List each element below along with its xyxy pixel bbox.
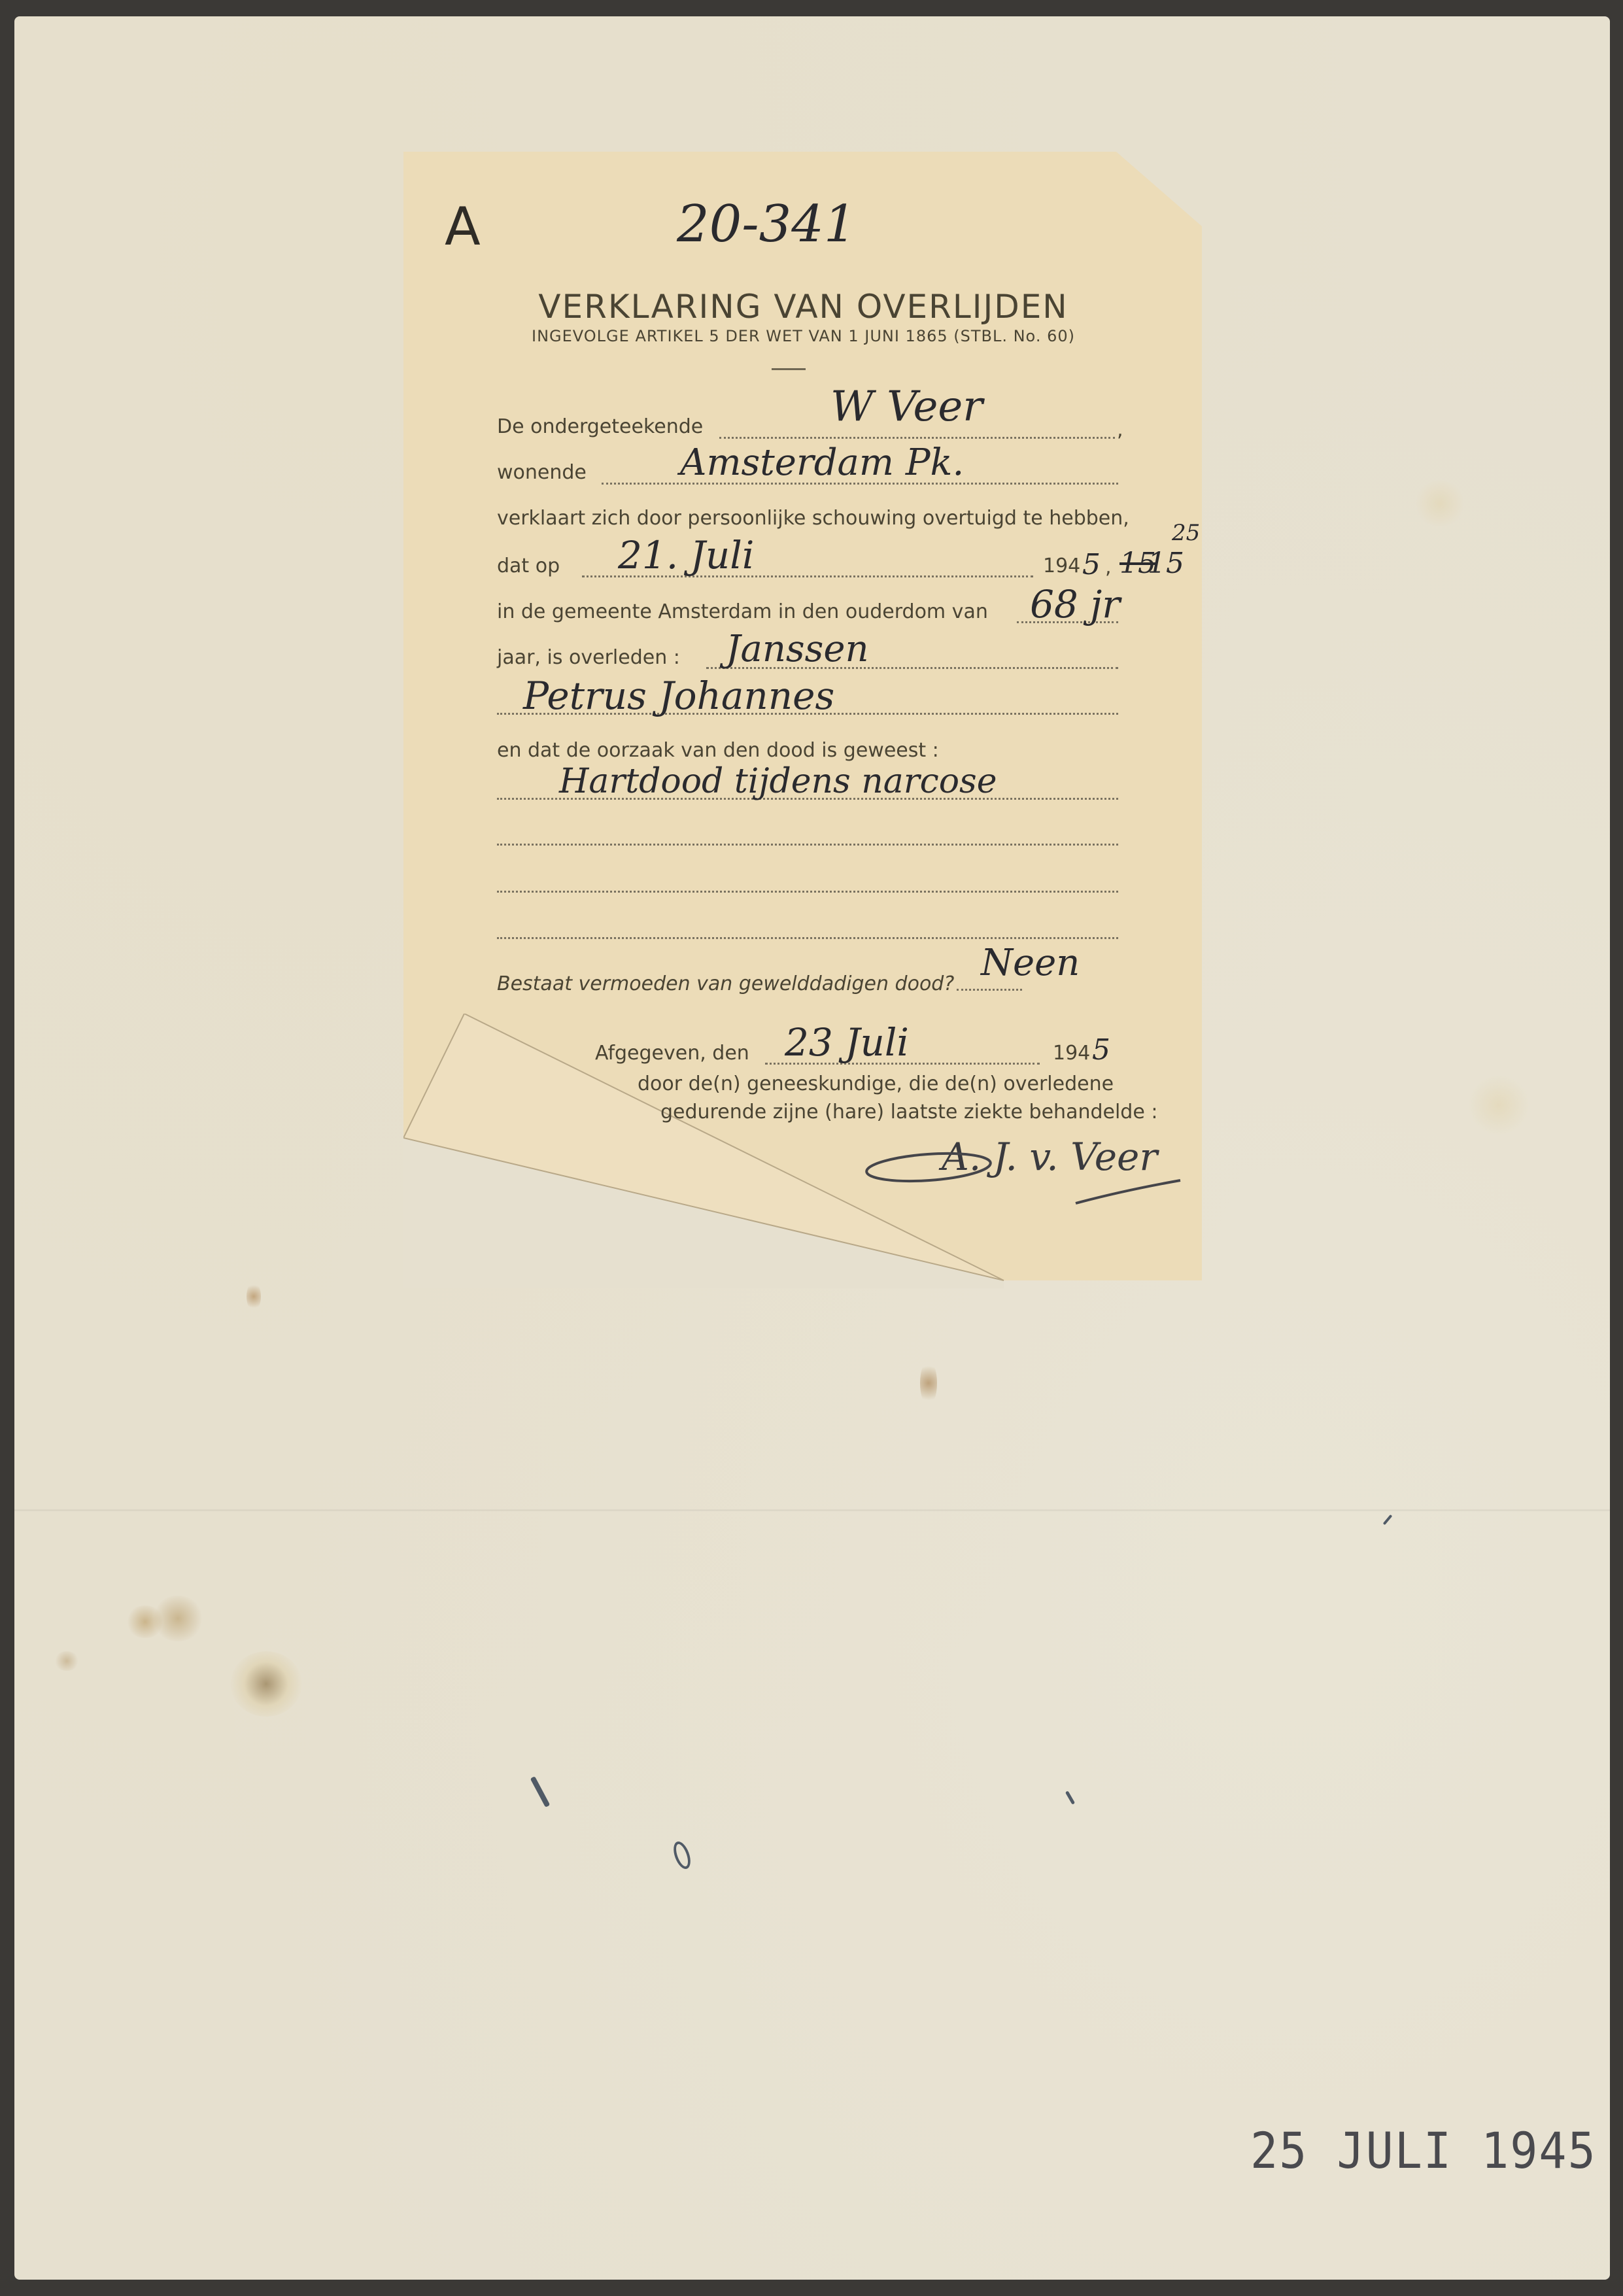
deceased-label: jaar, is overleden : [497,646,680,669]
year-handwritten: 5 [1082,548,1101,581]
year-printed: 194 [1043,555,1080,577]
physician-line-1: door de(n) geneeskundige, die de(n) over… [638,1072,1114,1095]
physician-line-2: gedurende zijne (hare) laatste ziekte be… [660,1101,1157,1123]
fold-crease [14,1509,1610,1511]
comma: , [1117,419,1123,441]
residing-value: Amsterdam Pk. [680,441,964,484]
ink-mark [1383,1515,1393,1525]
undersigned-value: W Veer [830,383,983,431]
issued-year-handwritten: 5 [1092,1033,1110,1067]
date-value: 21. Juli [618,533,754,577]
signature-flourish [850,1131,1190,1229]
declaration-text: verklaart zich door persoonlijke schouwi… [497,507,1129,530]
issued-label: Afgegeven, den [595,1042,749,1065]
title-divider [772,368,806,370]
foxing-stain [230,1651,302,1717]
issued-date-value: 23 Juli [785,1020,909,1065]
cause-value: Hartdood tijdens narcose [559,762,997,801]
violence-question: Bestaat vermoeden van gewelddadigen dood… [497,972,954,995]
undersigned-label: De ondergeteekende [497,415,703,438]
registration-number: 20-341 [677,195,857,254]
time-value: 15 [1148,547,1184,580]
time-correction: 25 [1172,520,1200,546]
ink-mark [1065,1791,1075,1805]
cause-line-4 [497,937,1118,939]
violence-answer-line [957,989,1022,991]
foxing-stain [54,1651,80,1671]
ink-mark [670,1840,694,1872]
foxing-stain [1414,481,1466,526]
ink-mark [530,1776,551,1808]
issued-year-printed: 194 [1053,1042,1090,1065]
age-value: 68 jr [1030,582,1120,626]
foxing-stain [152,1596,204,1641]
form-letter: A [445,196,481,257]
cause-label: en dat de oorzaak van den dood is gewees… [497,739,939,762]
cause-line-3 [497,891,1118,893]
foxing-stain [247,1282,261,1311]
given-names-value: Petrus Johannes [523,674,834,718]
date-label: dat op [497,555,560,577]
residing-label: wonende [497,461,587,484]
document-subtitle: INGEVOLGE ARTIKEL 5 DER WET VAN 1 JUNI 1… [403,327,1203,345]
received-date-stamp: 25 JULI 1945 [1250,2122,1597,2180]
undersigned-line [719,437,1115,439]
violence-answer: Neen [981,942,1080,984]
municipality-text: in de gemeente Amsterdam in den ouderdom… [497,600,988,623]
time-separator: , [1105,556,1112,579]
surname-value: Janssen [726,628,869,670]
cause-line-2 [497,844,1118,846]
foxing-stain [1466,1076,1531,1135]
document-title: VERKLARING VAN OVERLIJDEN [403,288,1203,326]
foxing-stain [920,1360,937,1406]
